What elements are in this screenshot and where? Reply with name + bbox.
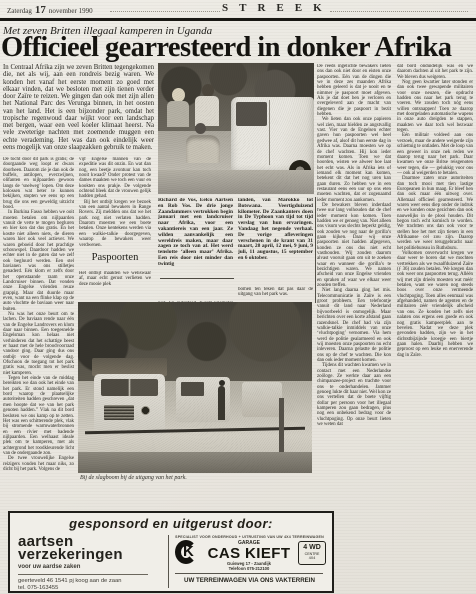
section-title: STREEK [222,2,333,14]
ad-aartsen[interactable]: aartsen verzekeringen voor uw aardse zak… [18,535,163,587]
person-man-torso [195,96,219,126]
person-woman-torso [167,101,189,127]
paragraph: Eén militair voldeed aan ons verzoek, ma… [397,133,473,176]
standing-person [218,386,225,420]
aartsen-rule [18,574,148,575]
newspaper-page: Zaterdag 17 november 1990 STREEK Met zev… [0,0,476,594]
paragraph: Tegen het einde van de middag bereikten … [3,376,74,456]
person-woman-head [172,88,185,102]
road-shadow [78,452,312,473]
ad-divider-rule [168,535,169,588]
body-column-6: dat bord onduidelijk was en we daarom da… [397,64,473,484]
barrier-post [279,398,284,456]
paragraph: Nog geen kwartier later stonden er dan o… [397,80,473,133]
paragraph: De reeds ingelichte bewakers lieten ons … [317,64,391,117]
sponsor-banner: gesponsord en uitgerust door: [10,516,332,531]
header-ornament-line-left [110,11,220,12]
third-truck [242,382,282,416]
paragraph: De twee vrouwelijke Engelse reizigers vo… [3,456,74,472]
column-divider-rule [315,197,316,303]
header-ornament-line-right [330,11,468,12]
body-column-2-continued: Het ontbijt maakten we weliswaar af, maa… [79,271,151,301]
body-column-1: De tocht door dit park is gratis; de doo… [3,157,74,490]
fourwd-centre-badge: 4 WD CENTRE 4X4 [298,541,326,565]
photo1-caption-col-a: Richard de Vos, Eelco Aartsen en Rob Vos… [158,198,233,274]
edition-day: Zaterdag [7,7,32,15]
photo-convoy-at-barrier [78,302,312,473]
photo-expedition-members [158,63,314,194]
caskieft-logo-row: K GARAGE CAS KIEFT 4 WD CENTRE 4X4 Guisw… [173,540,326,566]
caskieft-phone: Telefoon 075-212100 [229,566,270,571]
foreground-rocks [158,170,314,194]
ck-letter-k: K [183,543,194,560]
caskieft-rule [175,573,323,574]
article-intro: In Centraal Afrika zijn we zeven Britten… [3,64,154,151]
edition-date: Zaterdag 17 november 1990 [7,4,93,16]
paragraph: Het ontbijt maakten we weliswaar af, maa… [79,271,151,287]
person-crouching [186,135,220,163]
paragraph: De bewakers bleven inderdaad twee uur la… [317,203,391,289]
photo2-caption: Bij de slagboom bij de uitgang van het p… [80,475,312,481]
ad-cas-kieft[interactable]: SPECIALIST VOOR ONDERHOUD + UITRUSTING V… [173,535,326,588]
aartsen-tagline: voor uw aardse zaken [18,564,163,570]
paragraph: In Burkina Fasso hebben we ooit moeten b… [3,210,74,312]
second-truck-window [181,382,204,396]
caption-divider-rule [160,278,234,279]
caskieft-address-block: Guisweg 17 - Zaandijk Telefoon 075-21210… [205,562,293,572]
truck-roof-rack [92,358,167,375]
photo1-caption-col-b: landen, van Marokko tot Botswana. Veerti… [238,198,313,282]
edition-month-year: november 1990 [49,7,93,15]
aartsen-address: geerteveld 46 1541 pj koog aan de zaan [18,578,163,585]
caskieft-specialist-line: SPECIALIST VOOR ONDERHOUD + UITRUSTING V… [173,535,326,539]
badge-line-4wd: 4 WD [299,544,325,552]
edition-day-number: 17 [35,4,46,16]
paragraph: vijf Engelse mannen van de expeditie was… [79,157,151,200]
caskieft-slogan: UW TERREINWAGEN VIA ONS VAKTERREIN [173,577,326,584]
paragraph: Nu was het onze beurt om te lachen. De b… [3,312,74,376]
subheading-paspoorten: Paspoorten [79,252,151,263]
paragraph: Bij het ontbijt kregen we bezoek van een… [79,200,151,248]
paragraph: De tocht door dit park is gratis; de doo… [3,157,74,210]
paragraph: Tijdens dit wachten kwamen we in contact… [317,363,391,427]
aartsen-name-line2: verzekeringen [18,548,163,561]
ck-monogram-icon: K [175,540,205,566]
landcruiser-window [236,102,267,126]
aartsen-phone: tel. 075-163455 [18,585,163,592]
landcruiser-door-line [269,100,270,166]
paragraph: Volkomen onverwacht kregen we daar weer … [397,251,473,358]
body-column-2: vijf Engelse mannen van de expeditie was… [79,157,151,253]
caskieft-name: CAS KIEFT [205,545,293,562]
paragraph: bomen ten teken dat pas daar de uitgang … [238,287,313,298]
paragraph: dat bord onduidelijk was en we daarom da… [397,64,473,80]
headline: Officieel gearresteerd in donker Afrika [1,34,475,63]
paragraph: We lieten dan ook onze papieren wel zien… [317,117,391,203]
body-column-4-snippet: bomen ten teken dat pas daar de uitgang … [238,287,313,301]
header-rule [0,18,476,21]
badge-line-4x4: 4X4 [299,556,325,560]
paragraph: Niet lang daarna ging het mis. Telecommu… [317,288,391,363]
truck-grille [104,405,134,420]
body-column-5: De reeds ingelichte bewakers lieten ons … [317,64,391,502]
sponsor-ad-box: gesponsord en uitgerust door: aartsen ve… [8,511,334,593]
truck-windshield [101,379,157,396]
paragraph: Daarmee zaten onze autoriteiten dan toch… [397,176,473,251]
